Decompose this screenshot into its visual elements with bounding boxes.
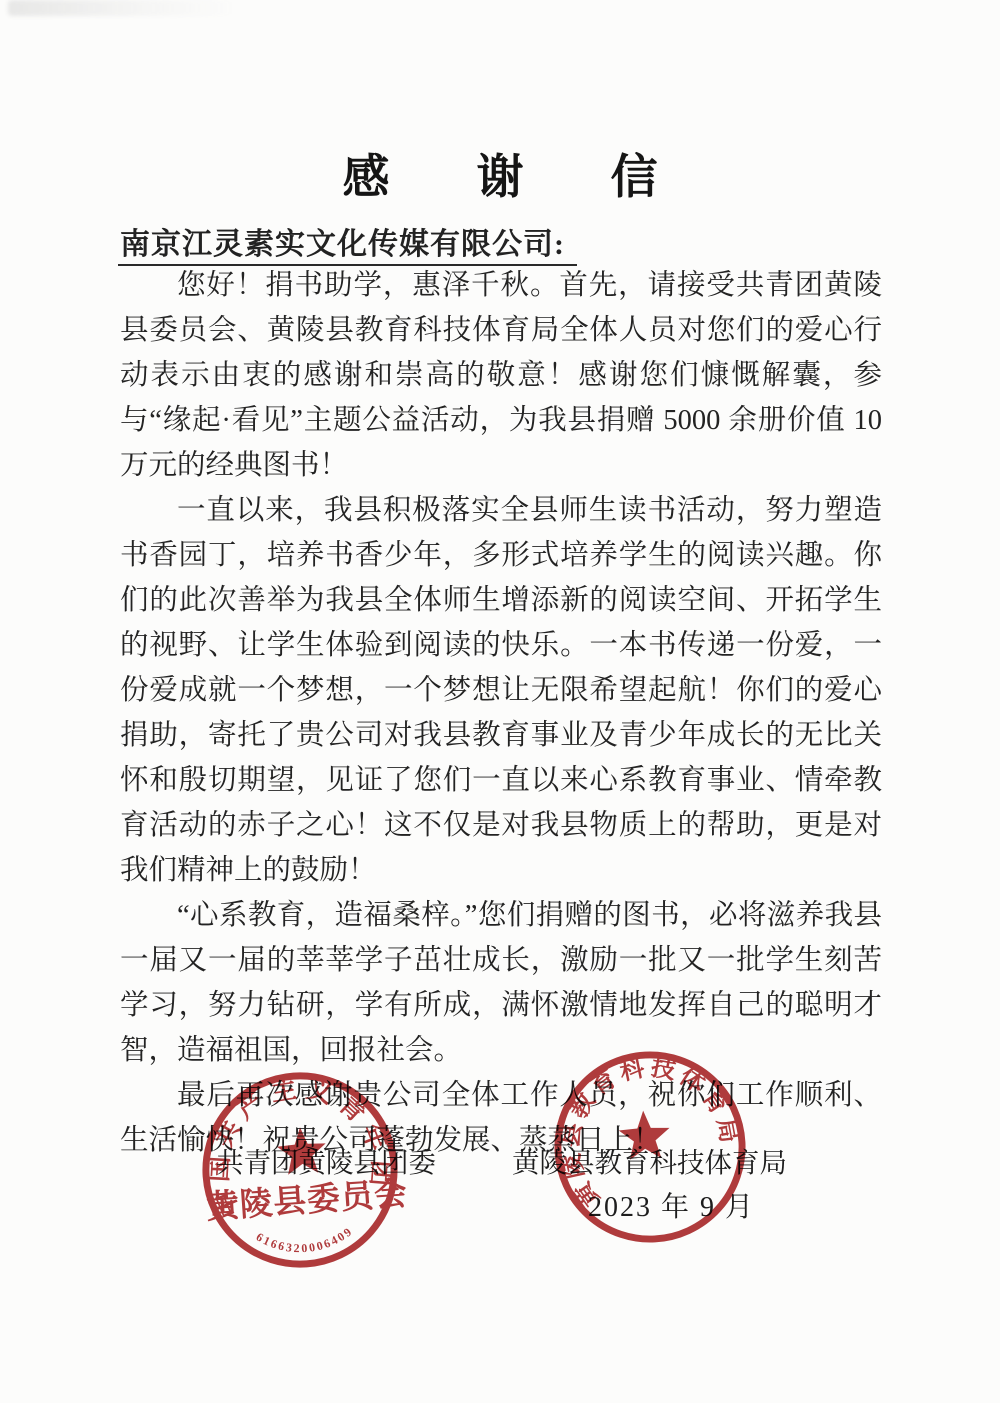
scan-smudge <box>8 0 238 16</box>
paragraph: “心系教育，造福桑梓。”您们捐赠的图书，必将滋养我县一届又一届的莘莘学子茁壮成长… <box>120 893 882 1073</box>
star-icon <box>276 1126 328 1176</box>
letter-body: 您好！捐书助学，惠泽千秋。首先，请接受共青团黄陵县委员会、黄陵县教育科技体育局全… <box>120 263 882 1163</box>
paragraph: 您好！捐书助学，惠泽千秋。首先，请接受共青团黄陵县委员会、黄陵县教育科技体育局全… <box>120 263 882 488</box>
page-title: 感 谢 信 <box>0 140 1000 207</box>
salutation: 南京江灵素实文化传媒有限公司: <box>118 219 577 266</box>
stamp-youth-league: 中国共产主义青年团 黄陵县委员会 6166320006409 <box>189 1059 411 1281</box>
star-icon <box>618 1109 671 1160</box>
stamp-education-bureau: 黄陵县教育科技体育局 <box>546 1043 754 1251</box>
paragraph: 一直以来，我县积极落实全县师生读书活动，努力塑造书香园丁，培养书香少年，多形式培… <box>120 488 882 893</box>
letter-page: 感 谢 信 南京江灵素实文化传媒有限公司: 您好！捐书助学，惠泽千秋。首先，请接… <box>0 0 1000 1403</box>
